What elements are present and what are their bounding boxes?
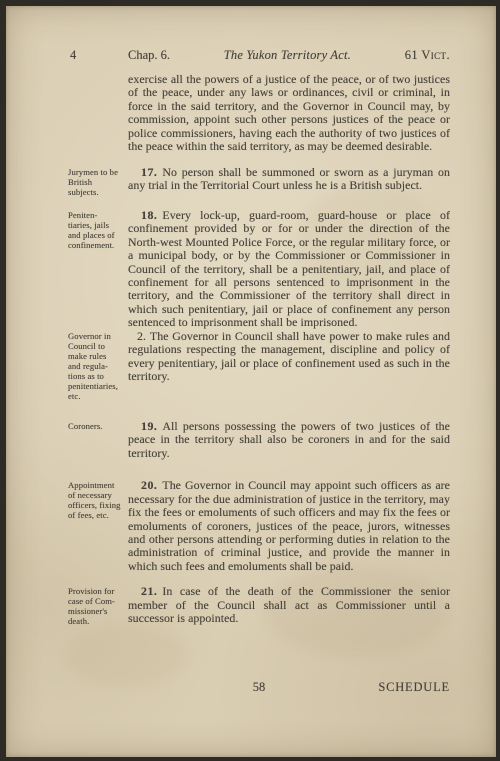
regnal-year: 61 Vict. <box>405 48 450 63</box>
section-21-paragraph: 21.In case of the death of the Commissio… <box>128 585 450 626</box>
subsection-2-number: 2. <box>137 329 146 343</box>
margin-note-coroners: Coroners. <box>68 420 128 460</box>
section-18-paragraph: 18.Every lock-up, guard-room, guard-hous… <box>128 209 450 330</box>
page-content: 4 Chap. 6. The Yukon Territory Act. 61 V… <box>6 6 496 757</box>
margin-note-appointment: Appointment of necessary officers, fixin… <box>68 479 128 573</box>
catchword: SCHEDULE <box>378 680 450 695</box>
section-20-text: The Governor in Council may appoint such… <box>128 478 450 573</box>
section-21-text: In case of the death of the Commissioner… <box>128 584 450 625</box>
subsection-2-paragraph: 2.The Governor in Council shall have pow… <box>128 330 450 401</box>
section-19-number: 19. <box>141 419 157 433</box>
running-header: 4 Chap. 6. The Yukon Territory Act. 61 V… <box>68 48 450 63</box>
section-17: Jurymen to be British subjects. 17.No pe… <box>68 166 450 197</box>
section-21: Provision for case of Com- missioner's d… <box>68 585 450 626</box>
margin-note-penitentiaries: Peniten- tiaries, jails and places of co… <box>68 209 128 330</box>
margin-note-commissioner-death: Provision for case of Com- missioner's d… <box>68 585 128 626</box>
chapter-label: Chap. 6. <box>128 48 170 63</box>
section-18: Peniten- tiaries, jails and places of co… <box>68 209 450 330</box>
section-17-number: 17. <box>141 165 157 179</box>
section-21-number: 21. <box>141 584 157 598</box>
act-title: The Yukon Territory Act. <box>224 48 351 63</box>
section-18-number: 18. <box>141 208 157 222</box>
section-19: Coroners. 19.All persons possessing the … <box>68 420 450 460</box>
page-footer: 58 SCHEDULE <box>68 680 450 695</box>
section-18-text: Every lock-up, guard-room, guard-house o… <box>128 208 450 330</box>
continuation-paragraph: exercise all the powers of a justice of … <box>128 73 450 154</box>
section-17-text: No person shall be summoned or sworn as … <box>128 165 450 192</box>
margin-note-governor-rules: Governor in Council to make rules and re… <box>68 330 128 401</box>
margin-note-jurymen: Jurymen to be British subjects. <box>68 166 128 197</box>
section-20-paragraph: 20.The Governor in Council may appoint s… <box>128 479 450 573</box>
section-20-number: 20. <box>141 478 157 492</box>
subsection-2-text: The Governor in Council shall have power… <box>128 329 450 383</box>
section-19-text: All persons possessing the powers of two… <box>128 419 450 460</box>
section-17-paragraph: 17.No person shall be summoned or sworn … <box>128 166 450 197</box>
section-19-paragraph: 19.All persons possessing the powers of … <box>128 420 450 460</box>
header-body: Chap. 6. The Yukon Territory Act. 61 Vic… <box>128 48 450 63</box>
paper-sheet: 4 Chap. 6. The Yukon Territory Act. 61 V… <box>6 6 496 757</box>
scanned-page: 4 Chap. 6. The Yukon Territory Act. 61 V… <box>0 0 500 761</box>
header-page-number: 4 <box>70 48 76 63</box>
section-18-subsection-2: Governor in Council to make rules and re… <box>68 330 450 401</box>
section-20: Appointment of necessary officers, fixin… <box>68 479 450 573</box>
